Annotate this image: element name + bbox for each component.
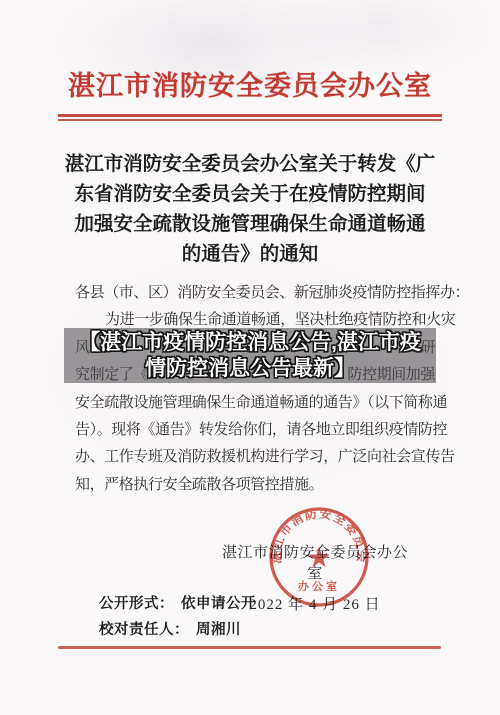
document-title-line-1: 湛江市消防安全委员会办公室关于转发《广: [30, 149, 470, 179]
body-line: 告）。现将《通告》转发给你们，请各地立即组织疫情防控: [75, 417, 435, 444]
footer-divider: [58, 646, 441, 649]
official-seal: 湛江市消防安全委员会 ★ 办公室: [266, 504, 372, 610]
body-line: 知，严格执行安全疏散各项管控措施。: [75, 472, 435, 499]
letterhead-divider: [58, 114, 442, 121]
caption-overlay: 【湛江市疫情防控消息公告,湛江市疫 情防控消息公告最新】: [64, 328, 436, 383]
divider-thin-line: [58, 119, 442, 121]
document-body: 各县（市、区）消防安全委员会、新冠肺炎疫情防控指挥办： 为进一步确保生命通道畅通…: [75, 280, 435, 499]
document-title-line-3: 加强安全疏散设施管理确保生命通道畅通: [30, 209, 470, 239]
seal-bottom-text: 办公室: [298, 579, 340, 593]
caption-line-1: 【湛江市疫情防控消息公告,湛江市疫: [79, 330, 421, 356]
document-title: 湛江市消防安全委员会办公室关于转发《广 东省消防安全委员会关于在疫情防控期间 加…: [30, 149, 470, 269]
proofreader-row: 校对责任人：周湘川: [99, 618, 241, 639]
proofreader-value: 周湘川: [196, 622, 241, 638]
document-title-line-2: 东省消防安全委员会关于在疫情防控期间: [30, 179, 470, 209]
body-line: 办、工作专班及消防救援机构进行学习，广泛向社会宣传告: [75, 444, 435, 471]
caption-line-2: 情防控消息公告最新】: [145, 356, 355, 382]
letterhead-org-name: 湛江市消防安全委员会办公室: [0, 64, 500, 103]
body-salutation: 各县（市、区）消防安全委员会、新冠肺炎疫情防控指挥办：: [75, 280, 435, 307]
body-line: 安全疏散设施管理确保生命通道畅通的通告》（以下简称通: [75, 390, 435, 417]
divider-thick-line: [58, 114, 442, 117]
disclosure-label: 公开形式：: [99, 596, 174, 612]
document-title-line-4: 的通告》的通知: [30, 239, 470, 269]
document-photo: 湛江市消防安全委员会办公室 湛江市消防安全委员会办公室关于转发《广 东省消防安全…: [0, 0, 500, 715]
seal-star-icon: ★: [306, 543, 331, 574]
proofreader-label: 校对责任人：: [99, 622, 189, 638]
